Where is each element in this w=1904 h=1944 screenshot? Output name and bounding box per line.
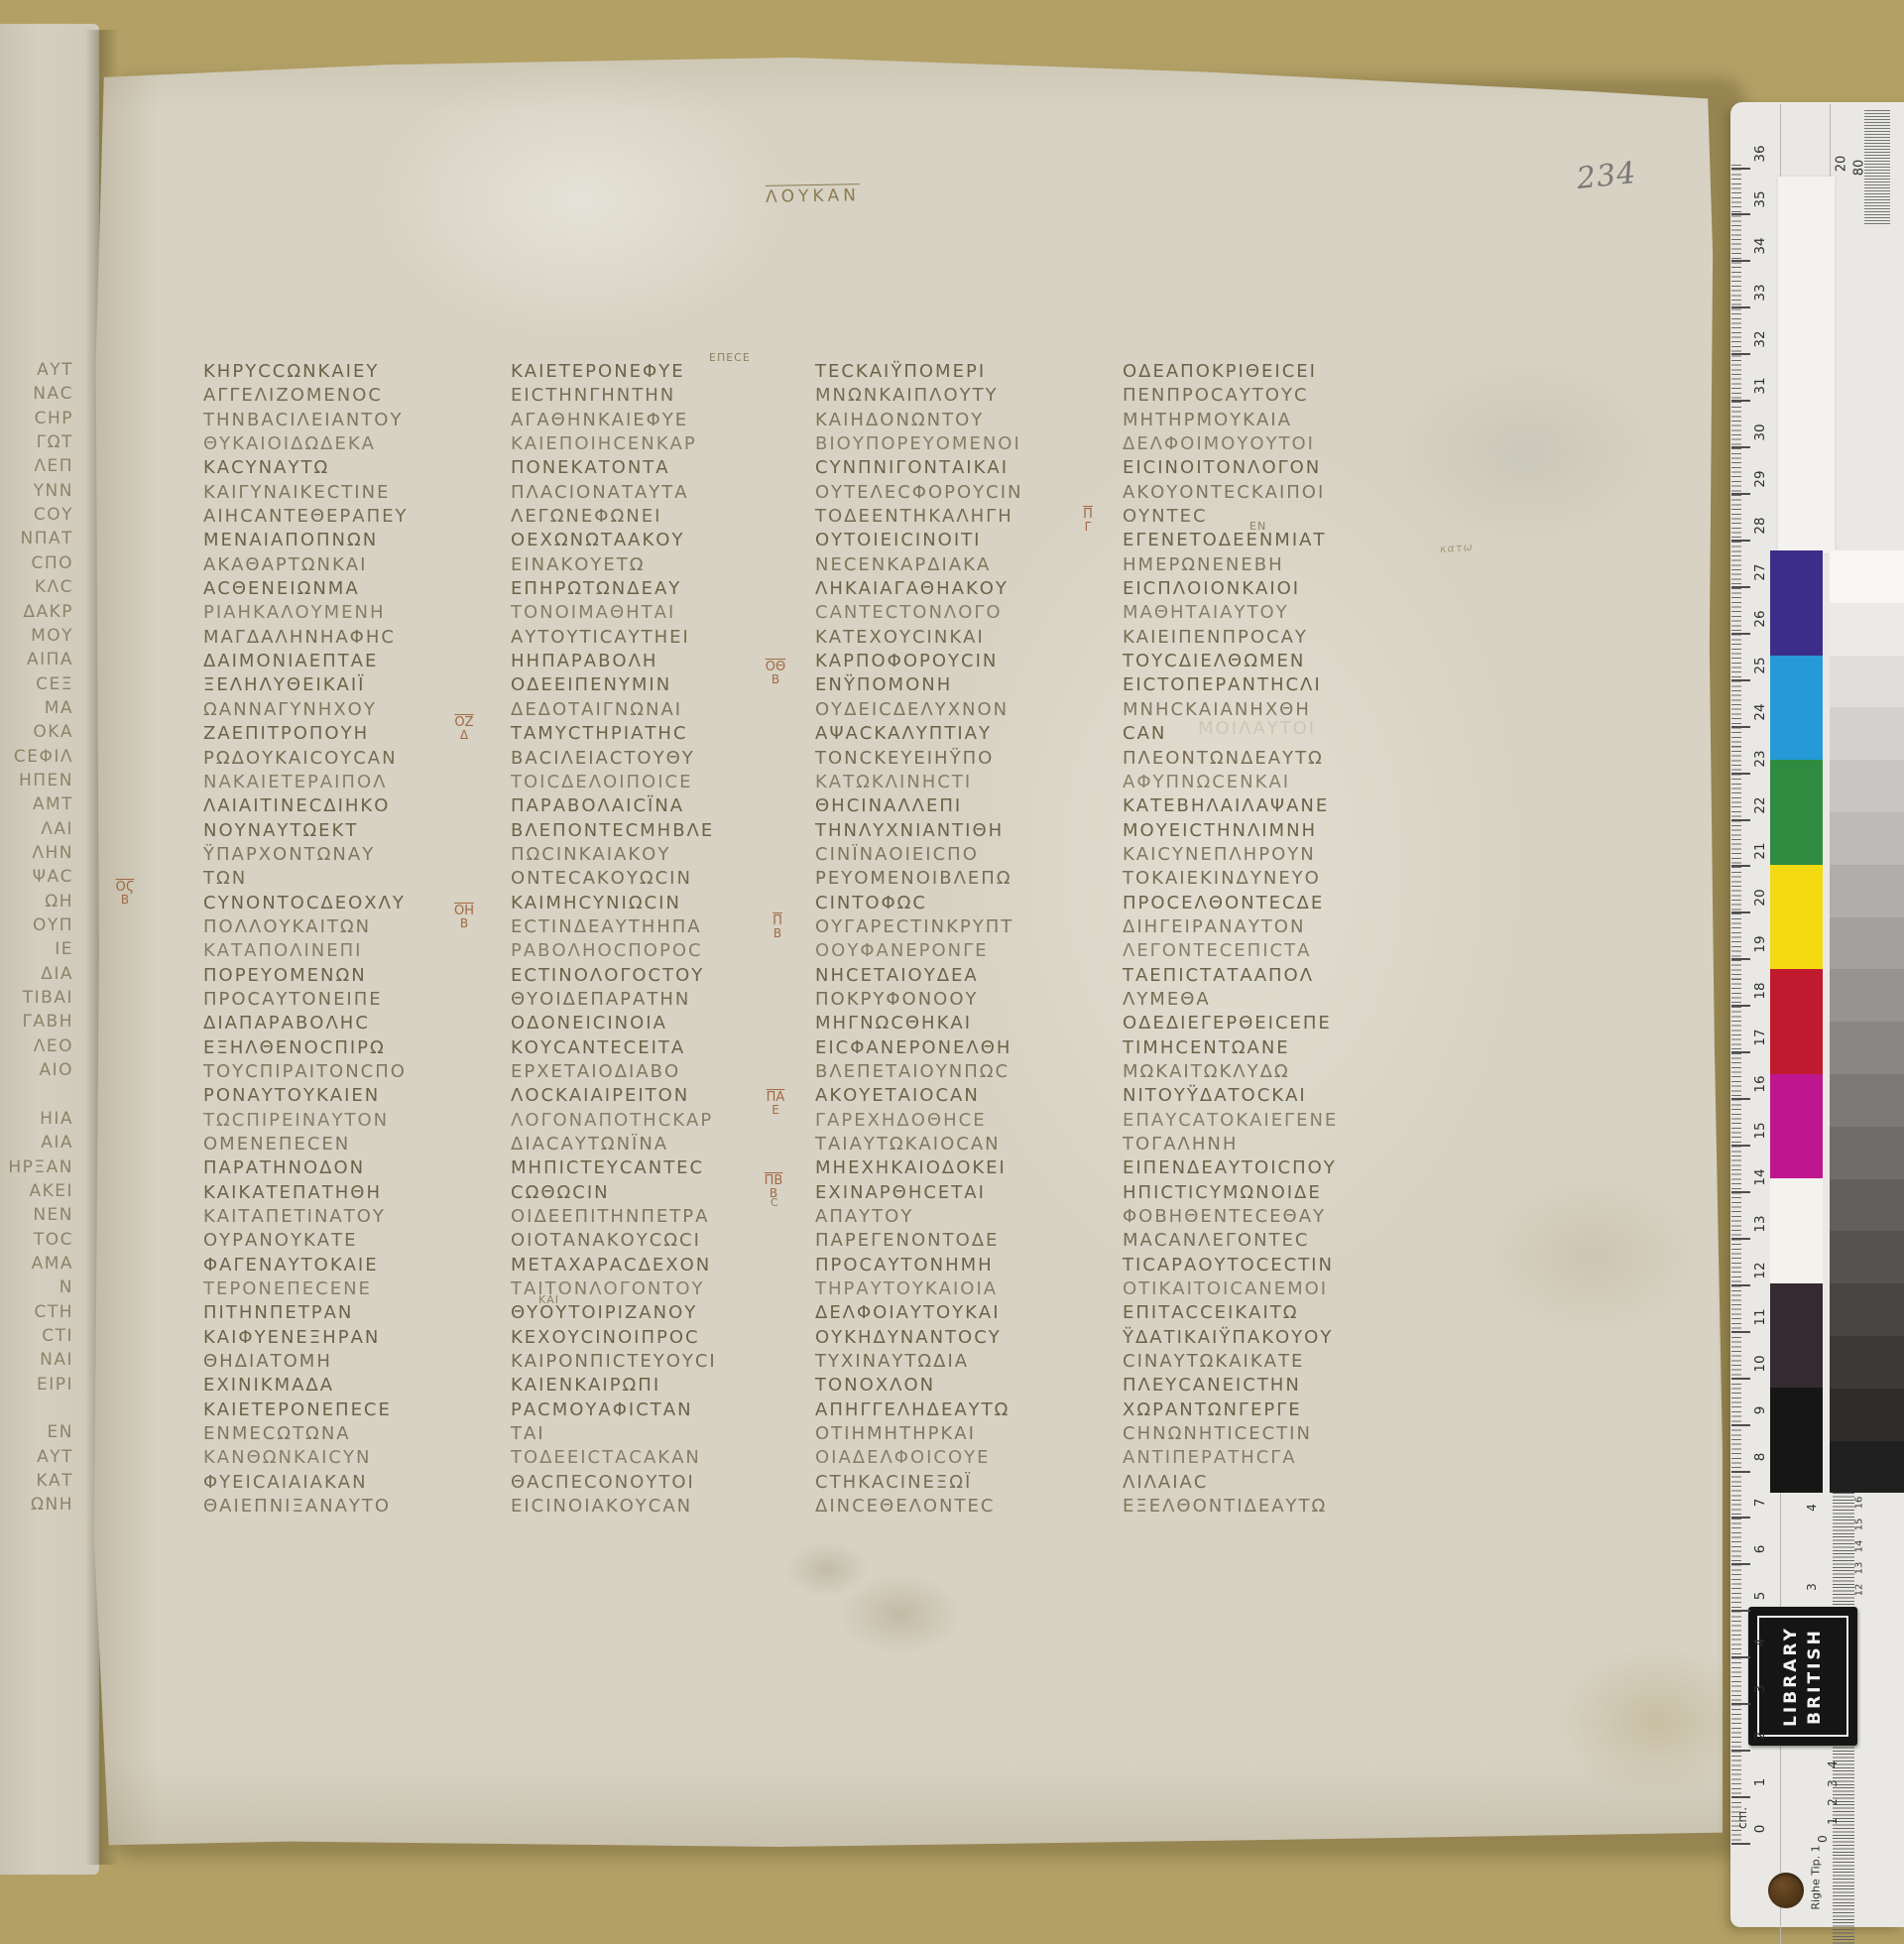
- text-line: ΤΗΝΒΑCΙΛΕΙΑΝΤΟΥ: [203, 409, 501, 432]
- text-line: ΟΥΔΕΙCΔΕΛΥΧΝΟΝ: [815, 698, 1113, 722]
- centimetre-number: 20: [1752, 890, 1768, 907]
- text-line: ΟΥΤΕΛΕCΦΟΡΟΥCΙΝ: [815, 481, 1113, 505]
- previous-leaf-text-fragment: ΩΗ: [0, 892, 73, 915]
- grayscale-step: [1830, 707, 1904, 760]
- centimetre-tick: [1731, 911, 1750, 913]
- text-line: ΔΕΔΟΤΑΙΓΝΩΝΑΙ: [511, 698, 808, 722]
- text-line: ΑΓΑΘΗΝΚΑΙΕΦΥΕ: [511, 409, 808, 432]
- text-line: ΜΝΩΝΚΑΙΠΛΟΥΤΥ: [815, 384, 1113, 408]
- grayscale-step: [1830, 1127, 1904, 1179]
- previous-leaf-text-fragment: ΗΠΕΝ: [0, 771, 73, 794]
- text-line: ΑΠΗΓΓΕΛΗΔΕΑΥΤΩ: [815, 1398, 1113, 1422]
- text-line: ΚΑΤΩΚΛΙΝΗCΤΙ: [815, 771, 1113, 794]
- text-line: ΟΜΕΝΕΠΕCΕΝ: [203, 1133, 501, 1156]
- centimetre-tick: [1731, 819, 1750, 821]
- ink-bleedthrough-ghost: ΜΟΙΛΑΥΤΟΙ: [1198, 718, 1316, 739]
- centimetre-number: 14: [1752, 1168, 1768, 1185]
- text-line: ΑΥΤΟΥΤΙCΑΥΤΗΕΙ: [511, 626, 808, 650]
- previous-leaf-text-fragment: ΑΥΤ: [0, 360, 73, 384]
- text-line: ΤΑΕΠΙCΤΑΤΑΑΠΟΛ: [1123, 964, 1420, 988]
- previous-leaf-text-fragment: ΜΟΥ: [0, 626, 73, 650]
- text-line: ΚΑΙΕΝΚΑΙΡΩΠΙ: [511, 1374, 808, 1397]
- centimetre-number: 13: [1752, 1215, 1768, 1232]
- centimetre-tick: [1731, 586, 1750, 588]
- eusebian-section-number: ΟϚΒ: [108, 881, 142, 907]
- grayscale-step: [1830, 1022, 1904, 1074]
- text-line: ΔΕΛΦΟΙΑΥΤΟΥΚΑΙ: [815, 1301, 1113, 1325]
- eusebian-numeral: Δ: [447, 729, 481, 742]
- text-line: ΡΕΥΟΜΕΝΟΙΒΛΕΠΩ: [815, 867, 1113, 891]
- text-line: ΟΕΧΩΝΩΤΑΑΚΟΥ: [511, 529, 808, 552]
- british-library-label: LIBRARYBRITISH: [1748, 1607, 1857, 1746]
- text-line: ΕΙΠΕΝΔΕΑΥΤΟΙCΠΟΥ: [1123, 1156, 1420, 1180]
- previous-leaf-text-fragment: ΑΜΑ: [0, 1254, 73, 1277]
- previous-leaf-text-fragment: ΜΑ: [0, 698, 73, 722]
- centimetre-tick: [1731, 1005, 1750, 1007]
- text-line: ΤΟΔΕΕΙCΤΑCΑΚΑΝ: [511, 1446, 808, 1470]
- label-text: LIBRARYBRITISH: [1779, 1626, 1827, 1727]
- fine-scale-bottom-ticks-lower: [1833, 1744, 1854, 1944]
- previous-leaf-text-fragment: ΕΝ: [0, 1422, 73, 1446]
- previous-leaf-text-fragment: ΛΗΝ: [0, 843, 73, 867]
- manuscript-photograph: { "page": { "running_title": "ΛΟΥΚΑΝ", "…: [0, 0, 1904, 1944]
- text-line: CΙΝΪΝΑΟΙΕΙCΠΟ: [815, 843, 1113, 867]
- previous-leaf-edge: ΑΥΤΝΑCCΗΡΓΩΤΛΕΠΥΝΝCΟΥΝΠΑΤCΠΟΚΛCΔΑΚΡΜΟΥΑΙ…: [0, 24, 99, 1875]
- centimetre-tick: [1731, 260, 1750, 262]
- centimetre-tick: [1731, 726, 1750, 728]
- centimetre-tick: [1731, 1750, 1750, 1752]
- centimetre-tick: [1731, 400, 1750, 402]
- text-line: ΤΑΙ: [511, 1422, 808, 1446]
- text-line: ΚΑΙΕΠΟΙΗCΕΝΚΑΡ: [511, 432, 808, 456]
- text-line: ΒΛΕΠΟΝΤΕCΜΗΒΛΕ: [511, 819, 808, 843]
- text-line: ΕΠΗΡΩΤΩΝΔΕΑΥ: [511, 577, 808, 601]
- text-line: ΛΕΓΟΝΤΕCΕΠΙCΤΑ: [1123, 939, 1420, 963]
- text-line: ΟΤΙΚΑΙΤΟΙCΑΝΕΜΟΙ: [1123, 1277, 1420, 1301]
- text-line: ΫΠΑΡΧΟΝΤΩΝΑΥ: [203, 843, 501, 867]
- text-line: ΟΙΔΕΕΠΙΤΗΝΠΕΤΡΑ: [511, 1205, 808, 1229]
- white-paper-strip: [1778, 177, 1835, 553]
- measuring-ruler: 20 80 Righe Tip. 1 0 cm. LIBRARYBRITISH …: [1730, 102, 1904, 1927]
- text-line: ΒΙΟΥΠΟΡΕΥΟΜΕΝΟΙ: [815, 432, 1113, 456]
- text-line: ΠΡΟCΕΛΘΟΝΤΕCΔΕ: [1123, 892, 1420, 915]
- text-line: ΧΩΡΑΝΤΩΝΓΕΡΓΕ: [1123, 1398, 1420, 1422]
- text-line: ΔΙΑΠΑΡΑΒΟΛΗC: [203, 1012, 501, 1035]
- text-line: ΠΟΝΕΚΑΤΟΝΤΑ: [511, 456, 808, 480]
- centimetre-tick: [1731, 1145, 1750, 1147]
- text-line: ΑΠΑΥΤΟΥ: [815, 1205, 1113, 1229]
- text-line: ΝΙΤΟΥΫΔΑΤΟCΚΑΙ: [1123, 1084, 1420, 1108]
- text-line: ΑΚΟΥΕΤΑΙΟCΑΝ: [815, 1084, 1113, 1108]
- text-line: ΚΑΙΕΤΕΡΟΝΕΦΥΕ: [511, 360, 808, 384]
- text-line: ΜΑΘΗΤΑΙΑΥΤΟΥ: [1123, 601, 1420, 625]
- running-title: ΛΟΥΚΑΝ: [766, 183, 860, 207]
- grayscale-step: [1830, 1231, 1904, 1283]
- centimetre-number: 26: [1752, 610, 1768, 627]
- text-column-3: ΤΕCΚΑΙΫΠΟΜΕΡΙΜΝΩΝΚΑΙΠΛΟΥΤΥΚΑΙΗΔΟΝΩΝΤΟΥΒΙ…: [815, 360, 1113, 1519]
- centimetre-tick: [1731, 1238, 1750, 1240]
- text-line: ΕΙCΤΟΠΕΡΑΝΤΗCΛΙ: [1123, 673, 1420, 697]
- centimetre-number: 24: [1752, 703, 1768, 720]
- previous-leaf-text-fragment: Ν: [0, 1277, 73, 1301]
- centimetre-tick: [1731, 1610, 1750, 1612]
- centimetre-tick: [1731, 306, 1750, 308]
- marginal-cursive-note: κατω: [1440, 541, 1474, 555]
- text-line: ΔΙΗΓΕΙΡΑΝΑΥΤΟΝ: [1123, 915, 1420, 939]
- centimetre-number: 0: [1752, 1825, 1768, 1834]
- text-line: ΤΟΙCΔΕΛΟΙΠΟΙCΕ: [511, 771, 808, 794]
- text-line: ΤΟΝCΚΕΥΕΙΗΫΠΟ: [815, 747, 1113, 771]
- centimetre-number: 29: [1752, 470, 1768, 487]
- text-line: ΤΟΥCΔΙΕΛΘΩΜΕΝ: [1123, 650, 1420, 673]
- text-line: ΤΟΔΕΕΝΤΗΚΑΛΗΓΗ: [815, 505, 1113, 529]
- text-column-4: ΟΔΕΑΠΟΚΡΙΘΕΙCΕΙΠΕΝΠΡΟCΑΥΤΟΥCΜΗΤΗΡΜΟΥΚΑΙΑ…: [1123, 360, 1420, 1519]
- centimetre-tick: [1731, 1843, 1750, 1845]
- centimetre-tick: [1731, 540, 1750, 542]
- eusebian-numeral: Β: [447, 917, 481, 930]
- previous-leaf-text-fragment: [0, 1398, 73, 1422]
- text-line: ΡΙΑΗΚΑΛΟΥΜΕΝΗ: [203, 601, 501, 625]
- text-line: ΑΚΟΥΟΝΤΕCΚΑΙΠΟΙ: [1123, 481, 1420, 505]
- centimetre-number: 25: [1752, 657, 1768, 673]
- text-line: ΜΟΥΕΙCΤΗΝΛΙΜΝΗ: [1123, 819, 1420, 843]
- text-line: ΠΑΡΑΒΟΛΑΙCΪΝΑ: [511, 794, 808, 818]
- centimetre-number: 7: [1752, 1499, 1768, 1508]
- previous-leaf-text-fragment: ΑΚΕΙ: [0, 1181, 73, 1205]
- text-line: ΜΗΤΗΡΜΟΥΚΑΙΑ: [1123, 409, 1420, 432]
- centimetre-number: 6: [1752, 1545, 1768, 1554]
- centimetre-number: 21: [1752, 843, 1768, 860]
- fine-scale-number-large: 2: [1826, 1798, 1840, 1806]
- colour-patch: [1770, 1388, 1823, 1493]
- previous-leaf-text-fragment: ΨΑC: [0, 867, 73, 891]
- previous-leaf-text-fragment: ΝΑΙ: [0, 1350, 73, 1374]
- centimetre-tick: [1731, 773, 1750, 775]
- previous-leaf-text-fragment: ΝΠΑΤ: [0, 529, 73, 552]
- text-line: ΚΑΙΦΥΕΝΕΞΗΡΑΝ: [203, 1326, 501, 1350]
- superscript-correction: ΚΑΙ: [538, 1293, 559, 1306]
- text-line: ΚΑΙCΥΝΕΠΛΗΡΟΥΝ: [1123, 843, 1420, 867]
- fine-scale-bottom-ticks-upper: [1833, 1493, 1854, 1607]
- fine-scale-number-small: 12: [1854, 1584, 1865, 1597]
- text-line: CΑΝΤΕCΤΟΝΛΟΓΟ: [815, 601, 1113, 625]
- text-line: ΕΝΜΕCΩΤΩΝΑ: [203, 1422, 501, 1446]
- previous-leaf-text-fragment: ΤΙΒΑΙ: [0, 988, 73, 1012]
- text-line: ΕΙCΙΝΟΙΤΟΝΛΟΓΟΝ: [1123, 456, 1420, 480]
- text-line: ΡΑΒΟΛΗΟCΠΟΡΟC: [511, 939, 808, 963]
- text-line: ΠΛΕΟΝΤΩΝΔΕΑΥΤΩ: [1123, 747, 1420, 771]
- previous-leaf-text-fragment: ΩΝΗ: [0, 1495, 73, 1519]
- centimetre-number: 4: [1752, 1639, 1768, 1647]
- centimetre-tick: [1731, 1191, 1750, 1193]
- previous-leaf-text-fragment: ΑΙΠΑ: [0, 650, 73, 673]
- text-line: ΓΑΡΕΧΗΔΟΘΗCΕ: [815, 1109, 1113, 1133]
- text-line: ΟΝΤΕCΑΚΟΥΩCΙΝ: [511, 867, 808, 891]
- previous-leaf-text-fragment: [0, 1085, 73, 1109]
- text-line: ΒΛΕΠΕΤΑΙΟΥΝΠΩC: [815, 1060, 1113, 1084]
- centimetre-number: 8: [1752, 1452, 1768, 1461]
- previous-leaf-text-fragment: ΑΜΤ: [0, 794, 73, 818]
- previous-leaf-text-fragment: ΑΥΤ: [0, 1447, 73, 1471]
- text-line: ΠΩCΙΝΚΑΙΑΚΟΥ: [511, 843, 808, 867]
- fine-scale-number-large: 4: [1826, 1761, 1840, 1768]
- text-line: ΫΔΑΤΙΚΑΙΫΠΑΚΟΥΟΥ: [1123, 1326, 1420, 1350]
- text-line: ΕΞΕΛΘΟΝΤΙΔΕΑΥΤΩ: [1123, 1495, 1420, 1519]
- eusebian-section-number: ΟΖΔ: [447, 716, 481, 742]
- text-line: ΛΥΜΕΘΑ: [1123, 988, 1420, 1012]
- colour-patch: [1770, 656, 1823, 761]
- text-line: ΚΑΝΘΩΝΚΑΙCΥΝ: [203, 1446, 501, 1470]
- text-line: ΤΩCΠΙΡΕΙΝΑΥΤΟΝ: [203, 1109, 501, 1133]
- text-line: ΜΗΕΧΗΚΑΙΟΔΟΚΕΙ: [815, 1156, 1113, 1180]
- text-line: ΡΩΔΟΥΚΑΙCΟΥCΑΝ: [203, 747, 501, 771]
- text-line: CΤΗΚΑCΙΝΕΞΩΪ: [815, 1471, 1113, 1495]
- text-line: ΕΙCΤΗΝΓΗΝΤΗΝ: [511, 384, 808, 408]
- text-line: ΜΕΝΑΙΑΠΟΠΝΩΝ: [203, 529, 501, 552]
- previous-leaf-text-fragment: ΗΡΞΑΝ: [0, 1157, 73, 1181]
- text-line: ΘΑCΠΕCΟΝΟΥΤΟΙ: [511, 1471, 808, 1495]
- previous-leaf-text-fragment: ΤΟC: [0, 1230, 73, 1254]
- text-line: ΚΑΙΚΑΤΕΠΑΤΗΘΗ: [203, 1181, 501, 1205]
- centimetre-tick: [1731, 1424, 1750, 1426]
- text-line: ΚΑΙΡΟΝΠΙCΤΕΥΟΥCΙ: [511, 1350, 808, 1374]
- colour-patch: [1770, 1074, 1823, 1179]
- grayscale-step: [1830, 1074, 1904, 1127]
- text-line: ΞΕΛΗΛΥΘΕΙΚΑΙΪ: [203, 673, 501, 697]
- previous-leaf-text-fragment: ΟΥΠ: [0, 915, 73, 939]
- text-line: ΚΑΤΕΧΟΥCΙΝΚΑΙ: [815, 626, 1113, 650]
- previous-leaf-text-fragment: CΟΥ: [0, 505, 73, 529]
- previous-leaf-text-fragment: CΕΞ: [0, 674, 73, 698]
- text-line: ΕΙCΦΑΝΕΡΟΝΕΛΘΗ: [815, 1036, 1113, 1060]
- centimetre-number: 36: [1752, 145, 1768, 162]
- centimetre-tick: [1731, 353, 1750, 355]
- eusebian-section-number: ΠΓ: [1071, 508, 1105, 534]
- centimetre-tick: [1731, 1051, 1750, 1053]
- fine-scale-number-small: 15: [1854, 1519, 1865, 1531]
- text-line: ΑΦΥΠΝΩCΕΝΚΑΙ: [1123, 771, 1420, 794]
- text-line: ΠΛΑCΙΟΝΑΤΑΥΤΑ: [511, 481, 808, 505]
- fine-scale-number-large: 1: [1826, 1817, 1840, 1825]
- centimetre-tick: [1731, 1471, 1750, 1473]
- text-line: ΟΥΓΑΡΕCΤΙΝΚΡΥΠΤ: [815, 915, 1113, 939]
- superscript-correction: ΕΝ: [1249, 520, 1266, 533]
- fine-scale-number-small: 16: [1854, 1497, 1865, 1510]
- text-line: ΦΟΒΗΘΕΝΤΕCΕΘΑΥ: [1123, 1205, 1420, 1229]
- centimetre-tick: [1731, 1796, 1750, 1798]
- previous-leaf-text-fragment: ΝΕΝ: [0, 1205, 73, 1229]
- previous-leaf-text-fragment: ΚΛC: [0, 577, 73, 601]
- text-line: ΠΑΡΑΤΗΝΟΔΟΝ: [203, 1156, 501, 1180]
- text-line: ΤΟΓΑΛΗΝΗ: [1123, 1133, 1420, 1156]
- text-line: ΚΑΤΑΠΟΛΙΝΕΠΙ: [203, 939, 501, 963]
- text-line: ΤΑΙΑΥΤΩΚΑΙΟCΑΝ: [815, 1133, 1113, 1156]
- centimetre-tick: [1731, 1284, 1750, 1286]
- eusebian-numeral: Γ: [1071, 521, 1105, 534]
- text-line: ΔΑΙΜΟΝΙΑΕΠΤΑΕ: [203, 650, 501, 673]
- text-line: ΘΥΟΙΔΕΠΑΡΑΤΗΝ: [511, 988, 808, 1012]
- centimetre-number: 18: [1752, 983, 1768, 1000]
- text-line: ΔΕΛΦΟΙΜΟΥΟΥΤΟΙ: [1123, 432, 1420, 456]
- centimetre-tick: [1731, 1517, 1750, 1519]
- text-line: ΕΝΫΠΟΜΟΝΗ: [815, 673, 1113, 697]
- title-overline-left: ΛΟΥΚΑΝ: [766, 183, 860, 207]
- text-line: ΚΗΡΥCCΩΝΚΑΙΕΥ: [203, 360, 501, 384]
- text-line: ΚΟΥCΑΝΤΕCΕΙΤΑ: [511, 1036, 808, 1060]
- colour-patch: [1770, 1178, 1823, 1283]
- eusebian-section-number: ΟΗΒ: [447, 905, 481, 930]
- centimetre-number: 33: [1752, 285, 1768, 302]
- grayscale-step: [1830, 969, 1904, 1022]
- text-line: ΝΗCΕΤΑΙΟΥΔΕΑ: [815, 964, 1113, 988]
- text-line: ΟΔΕΑΠΟΚΡΙΘΕΙCΕΙ: [1123, 360, 1420, 384]
- eusebian-numeral: Β: [108, 894, 142, 907]
- fine-scale-top-label-20: 20: [1835, 156, 1849, 173]
- text-line: ΤΟΚΑΙΕΚΙΝΔΥΝΕΥΟ: [1123, 867, 1420, 891]
- text-line: ΠΑΡΕΓΕΝΟΝΤΟΔΕ: [815, 1229, 1113, 1253]
- grayscale-step: [1830, 656, 1904, 708]
- centimetre-number: 32: [1752, 331, 1768, 348]
- centimetre-number: 3: [1752, 1685, 1768, 1694]
- centimetre-number: 22: [1752, 796, 1768, 813]
- grayscale-step: [1830, 603, 1904, 656]
- text-line: ΛΗΚΑΙΑΓΑΘΗΑΚΟΥ: [815, 577, 1113, 601]
- centimetre-tick: [1731, 168, 1750, 170]
- eusebian-section-number: ΠΒ: [761, 914, 794, 940]
- text-line: ΠΙΤΗΝΠΕΤΡΑΝ: [203, 1301, 501, 1325]
- previous-leaf-text-fragment: CΗΡ: [0, 409, 73, 432]
- grayscale-step: [1830, 760, 1904, 812]
- cm-unit-label: cm.: [1735, 1807, 1749, 1829]
- text-line: ΜΗΓΝΩCΘΗΚΑΙ: [815, 1012, 1113, 1035]
- text-line: ΗΠΙCΤΙCΥΜΩΝΟΙΔΕ: [1123, 1181, 1420, 1205]
- righe-scale-label: Righe Tip. 1: [1810, 1845, 1823, 1909]
- text-line: ΟΙΑΔΕΛΦΟΙCΟΥΕ: [815, 1446, 1113, 1470]
- previous-leaf-text-fragment: ΑΙΑ: [0, 1133, 73, 1156]
- centimetre-tick: [1731, 1703, 1750, 1705]
- text-line: ΑΚΑΘΑΡΤΩΝΚΑΙ: [203, 553, 501, 577]
- text-line: ΑΓΓΕΛΙΖΟΜΕΝΟC: [203, 384, 501, 408]
- grayscale-step: [1830, 1283, 1904, 1336]
- text-line: ΛΑΙΑΙΤΙΝΕCΔΙΗΚΟ: [203, 794, 501, 818]
- eusebian-numeral: Ε: [759, 1104, 792, 1117]
- text-line: ΑCΘΕΝΕΙΩΝΜΑ: [203, 577, 501, 601]
- text-line: CΗΝΩΝΗΤΙCΕCΤΙΝ: [1123, 1422, 1420, 1446]
- text-line: ΚΑΤΕΒΗΛΑΙΛΑΨΑΝΕ: [1123, 794, 1420, 818]
- text-line: ΦΑΓΕΝΑΥΤΟΚΑΙΕ: [203, 1254, 501, 1277]
- text-line: ΤΟΥCΠΙΡΑΙΤΟΝCΠΟ: [203, 1060, 501, 1084]
- text-line: ΘΗΔΙΑΤΟΜΗ: [203, 1350, 501, 1374]
- text-line: ΤΟΝΟΙΜΑΘΗΤΑΙ: [511, 601, 808, 625]
- text-line: ΕΙCΙΝΟΙΑΚΟΥCΑΝ: [511, 1495, 808, 1519]
- previous-leaf-text-fragment: CΤΙ: [0, 1326, 73, 1350]
- colour-patch: [1770, 969, 1823, 1074]
- text-line: ΕΡΧΕΤΑΙΟΔΙΑΒΟ: [511, 1060, 808, 1084]
- superscript-correction: C: [771, 1196, 779, 1209]
- text-line: ΘΑΙΕΠΝΙΞΑΝΑΥΤΟ: [203, 1495, 501, 1519]
- text-line: ΚΑΙΗΔΟΝΩΝΤΟΥ: [815, 409, 1113, 432]
- centimetre-number: 1: [1752, 1778, 1768, 1787]
- text-line: ΟΥΤΟΙΕΙCΙΝΟΙΤΙ: [815, 529, 1113, 552]
- centimetre-tick: [1731, 1098, 1750, 1100]
- centimetre-number: 10: [1752, 1355, 1768, 1372]
- text-line: ΤΑΜΥCΤΗΡΙΑΤΗC: [511, 722, 808, 746]
- centimetre-tick: [1731, 493, 1750, 495]
- text-line: ΟΙΟΤΑΝΑΚΟΥCΩCΙ: [511, 1229, 808, 1253]
- centimetre-number: 31: [1752, 378, 1768, 395]
- text-line: ΕΧΙΝΑΡΘΗCΕΤΑΙ: [815, 1181, 1113, 1205]
- text-line: ΘΗCΙΝΑΛΛΕΠΙ: [815, 794, 1113, 818]
- text-line: ΠΟΡΕΥΟΜΕΝΩΝ: [203, 964, 501, 988]
- centimetre-number: 27: [1752, 563, 1768, 580]
- text-line: ΠΡΟCΑΥΤΟΝΗΜΗ: [815, 1254, 1113, 1277]
- text-line: ΘΥΚΑΙΟΙΔΩΔΕΚΑ: [203, 432, 501, 456]
- previous-leaf-text-fragment: ΕΙΡΙ: [0, 1375, 73, 1398]
- text-line: ΤΕCΚΑΙΫΠΟΜΕΡΙ: [815, 360, 1113, 384]
- text-line: ΕΙΝΑΚΟΥΕΤΩ: [511, 553, 808, 577]
- text-line: ΚΑΙΕΤΕΡΟΝΕΠΕCΕ: [203, 1398, 501, 1422]
- centimetre-tick: [1731, 958, 1750, 960]
- previous-leaf-text-fragment: ΑΙΟ: [0, 1060, 73, 1084]
- centimetre-number: 11: [1752, 1308, 1768, 1325]
- grayscale-step: [1830, 1441, 1904, 1494]
- text-line: ΟΥΡΑΝΟΥΚΑΤΕ: [203, 1229, 501, 1253]
- text-line: ΤΟΝΟΧΛΟΝ: [815, 1374, 1113, 1397]
- folio-number: 234: [1575, 156, 1638, 196]
- centimetre-number: 35: [1752, 191, 1768, 208]
- colour-patch: [1770, 865, 1823, 970]
- grayscale-step: [1830, 865, 1904, 917]
- centimetre-number: 2: [1752, 1732, 1768, 1741]
- centimetre-number: 34: [1752, 238, 1768, 255]
- text-line: ΕΓΕΝΕΤΟΔΕΕΝΜΙΑΤ: [1123, 529, 1420, 552]
- previous-leaf-text-fragment: ΙΕ: [0, 939, 73, 963]
- fine-scale-top-ticks: [1864, 110, 1890, 224]
- text-line: ΝΕCΕΝΚΑΡΔΙΑΚΑ: [815, 553, 1113, 577]
- text-line: CΙΝΤΟΦΩC: [815, 892, 1113, 915]
- text-line: ΚΑΙΜΗCΥΝΙΩCΙΝ: [511, 892, 808, 915]
- text-line: ΚΕΧΟΥCΙΝΟΙΠΡΟC: [511, 1326, 808, 1350]
- text-line: ΕΠΙΤΑCCΕΙΚΑΙΤΩ: [1123, 1301, 1420, 1325]
- text-line: ΛΙΛΑΙΑC: [1123, 1471, 1420, 1495]
- eusebian-section-number: ΠΑΕ: [759, 1091, 792, 1117]
- text-line: ΤΩΝ: [203, 867, 501, 891]
- colour-patch: [1770, 760, 1823, 865]
- text-line: ΟΔΕΔΙΕΓΕΡΘΕΙCΕΠΕ: [1123, 1012, 1420, 1035]
- text-line: ΤΙΜΗCΕΝΤΩΑΝΕ: [1123, 1036, 1420, 1060]
- text-line: ΟΟΥΦΑΝΕΡΟΝΓΕ: [815, 939, 1113, 963]
- previous-leaf-text-fragment: ΛΕΠ: [0, 456, 73, 480]
- previous-leaf-text-fragment: ΓΑΒΗ: [0, 1012, 73, 1035]
- text-line: ΡΑCΜΟΥΑΦΙCΤΑΝ: [511, 1398, 808, 1422]
- text-line: ΠΡΟCΑΥΤΟΝΕΙΠΕ: [203, 988, 501, 1012]
- centimetre-tick: [1731, 1378, 1750, 1380]
- text-line: ΗΜΕΡΩΝΕΝΕΒΗ: [1123, 553, 1420, 577]
- text-line: ΒΑCΙΛΕΙΑCΤΟΥΘΥ: [511, 747, 808, 771]
- text-line: ΜΑΓΔΑΛΗΝΗΑΦΗC: [203, 626, 501, 650]
- centimetre-number: 16: [1752, 1076, 1768, 1093]
- centimetre-tick: [1731, 1331, 1750, 1333]
- text-line: ΠΕΝΠΡΟCΑΥΤΟΥC: [1123, 384, 1420, 408]
- previous-leaf-text-fragment: ΛΑΙ: [0, 819, 73, 843]
- text-line: ΔΙΑCΑΥΤΩΝΪΝΑ: [511, 1133, 808, 1156]
- text-line: ΑΝΤΙΠΕΡΑΤΗCΓΑ: [1123, 1446, 1420, 1470]
- eusebian-numeral: Β: [761, 927, 794, 940]
- text-line: ΑΙΗCΑΝΤΕΘΕΡΑΠΕΥ: [203, 505, 501, 529]
- previous-leaf-text-fragment: CΠΟ: [0, 553, 73, 577]
- previous-leaf-text-fragment: ΗΙΑ: [0, 1109, 73, 1133]
- superscript-correction: ΕΠΕCΕ: [709, 351, 751, 364]
